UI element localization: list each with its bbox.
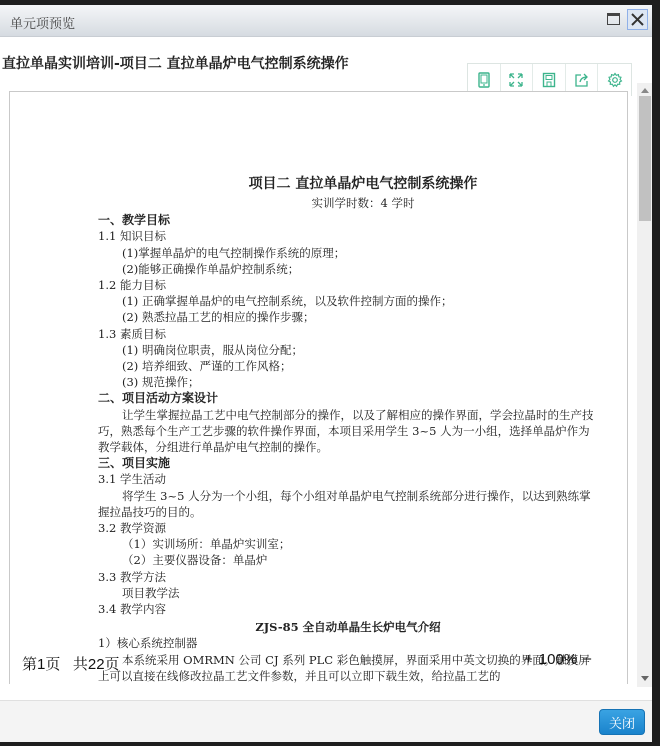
list-item: (1)掌握单晶炉的电气控制操作系统的原理； [98,245,598,261]
subsection-heading: 1）核心系统控制器 [98,635,598,651]
vertical-scrollbar[interactable] [637,83,653,687]
total-pages: 共22页 [73,656,120,673]
list-item: 项目教学法 [98,585,598,601]
gear-icon [607,72,623,88]
list-item: (1) 明确岗位职责，服从岗位分配； [98,342,598,358]
tablet-icon [477,72,491,88]
preview-dialog: 单元项预览 直拉单晶实训培训-项目二 直拉单晶炉电气控制系统操作 [0,5,652,741]
page-heading: 项目二 直拉单晶炉电气控制系统操作 [128,174,598,194]
scroll-down-arrow-icon[interactable] [641,676,649,681]
list-item: (2) 培养细致、严谨的工作风格； [98,358,598,374]
subsection-heading: 1.3 素质目标 [98,326,598,342]
document-title: 直拉单晶实训培训-项目二 直拉单晶炉电气控制系统操作 [2,53,349,73]
subsection-heading: 3.4 教学内容 [98,601,598,617]
section-heading: 二、项目活动方案设计 [98,390,598,406]
section-heading: 三、项目实施 [98,455,598,471]
share-icon [574,72,590,88]
maximize-button[interactable] [607,13,620,25]
expand-icon [508,72,524,88]
subsection-heading: 1.2 能力目标 [98,277,598,293]
paragraph: 让学生掌握拉晶工艺中电气控制部分的操作，以及了解相应的操作界面，学会拉晶时的生产… [98,407,598,456]
current-page: 第1页 [22,656,60,673]
scrollbar-thumb[interactable] [639,96,651,221]
section-heading: 一、教学目标 [98,212,598,228]
close-window-button[interactable] [627,9,648,30]
close-button[interactable]: 关闭 [599,709,645,735]
list-item: (1) 正确掌握单晶炉的电气控制系统，以及软件控制方面的操作； [98,293,598,309]
document-viewer[interactable]: 项目二 直拉单晶炉电气控制系统操作 实训学时数：4 学时 一、教学目标 1.1 … [9,91,628,684]
subsection-heading: 1.1 知识目标 [98,228,598,244]
dialog-title: 单元项预览 [10,13,75,32]
dialog-footer: 关闭 [0,700,652,742]
zoom-control: + 100% − [524,651,592,668]
paragraph: 将学生 3~5 人分为一个小组，每个小组对单晶炉电气控制系统部分进行操作，以达到… [98,488,598,520]
page-hours: 实训学时数：4 学时 [128,195,598,211]
zoom-level: 100% [539,651,577,668]
paragraph: 本系统采用 OMRMN 公司 CJ 系列 PLC 彩色触摸屏，界面采用中英文切换… [98,652,598,684]
list-item: (2)能够正确操作单晶炉控制系统； [98,261,598,277]
zoom-in-button[interactable]: + [524,651,533,668]
background-edge [652,0,660,746]
content-title: ZJS-85 全自动单晶生长炉电气介绍 [98,619,598,635]
dialog-titlebar[interactable]: 单元项预览 [0,5,652,37]
scroll-up-arrow-icon[interactable] [641,88,649,93]
list-item: （2）主要仪器设备：单晶炉 [98,552,598,568]
close-icon [631,13,644,26]
list-item: (2) 熟悉拉晶工艺的相应的操作步骤； [98,309,598,325]
subsection-heading: 3.1 学生活动 [98,471,598,487]
subsection-heading: 3.2 教学资源 [98,520,598,536]
save-icon [542,72,556,88]
list-item: (3) 规范操作； [98,374,598,390]
document-page: 项目二 直拉单晶炉电气控制系统操作 实训学时数：4 学时 一、教学目标 1.1 … [98,174,598,684]
list-item: （1）实训场所：单晶炉实训室； [98,536,598,552]
subsection-heading: 3.3 教学方法 [98,569,598,585]
zoom-out-button[interactable]: − [583,651,592,668]
page-indicator: 第1页 共22页 [22,653,120,674]
